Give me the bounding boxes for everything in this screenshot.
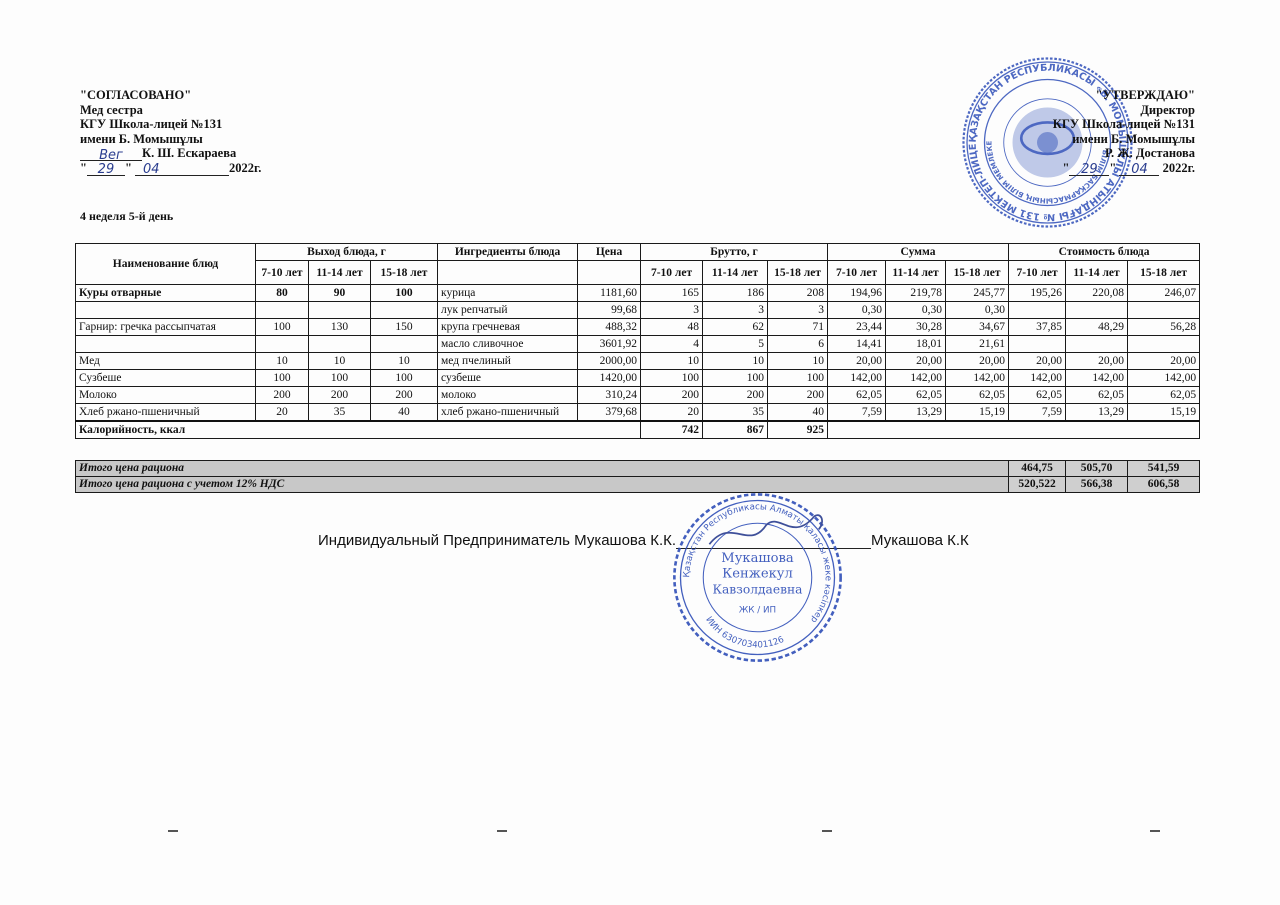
cost-cell: [1128, 336, 1200, 353]
dish-name: Хлеб ржано-пшеничный: [76, 404, 256, 422]
dish-name: [76, 302, 256, 319]
price-cell: 3601,92: [578, 336, 641, 353]
ingredient-name: мед пчелиный: [438, 353, 578, 370]
approval-right-org: КГУ Школа-лицей №131: [1000, 117, 1195, 132]
sum-cell: 142,00: [828, 370, 886, 387]
approval-right-org-name: имени Б. Момышұлы: [1000, 132, 1195, 147]
cost-cell: 62,05: [1009, 387, 1066, 404]
yield-cell: 100: [309, 370, 371, 387]
sum-cell: 30,28: [886, 319, 946, 336]
price-cell: 310,24: [578, 387, 641, 404]
yield-cell: 10: [371, 353, 438, 370]
totals-row: Итого цена рациона464,75505,70541,59: [76, 461, 1200, 477]
cost-cell: [1009, 336, 1066, 353]
header-age: 7-10 лет: [1009, 261, 1066, 285]
table-row: Мед101010мед пчелиный2000,0010101020,002…: [76, 353, 1200, 370]
entrepreneur-name: Мукашова К.К: [871, 532, 969, 549]
sum-cell: 62,05: [886, 387, 946, 404]
sum-cell: 21,61: [946, 336, 1009, 353]
price-cell: 488,32: [578, 319, 641, 336]
yield-cell: [309, 336, 371, 353]
sum-cell: 194,96: [828, 285, 886, 302]
brutto-cell: 208: [768, 285, 828, 302]
brutto-cell: 100: [641, 370, 703, 387]
cost-cell: 37,85: [1009, 319, 1066, 336]
sum-cell: 219,78: [886, 285, 946, 302]
sum-cell: 7,59: [828, 404, 886, 422]
totals-label: Итого цена рациона с учетом 12% НДС: [76, 477, 1009, 493]
header-dish-name: Наименование блюд: [76, 244, 256, 285]
week-day-label: 4 неделя 5-й день: [80, 209, 173, 224]
totals-value: 505,70: [1066, 461, 1128, 477]
approval-left-signer-line: ВегК. Ш. Ескараева: [80, 146, 261, 161]
table-row: лук репчатый99,683330,300,300,30: [76, 302, 1200, 319]
cost-cell: 62,05: [1128, 387, 1200, 404]
yield-cell: 40: [371, 404, 438, 422]
sum-cell: 62,05: [828, 387, 886, 404]
cost-cell: 195,26: [1009, 285, 1066, 302]
table-row: масло сливочное3601,9245614,4118,0121,61: [76, 336, 1200, 353]
yield-cell: 200: [309, 387, 371, 404]
brutto-cell: 100: [703, 370, 768, 387]
brutto-cell: 5: [703, 336, 768, 353]
cost-cell: 48,29: [1066, 319, 1128, 336]
brutto-cell: 200: [768, 387, 828, 404]
cost-cell: 246,07: [1128, 285, 1200, 302]
cost-cell: 20,00: [1009, 353, 1066, 370]
header-yield: Выход блюда, г: [256, 244, 438, 261]
sum-cell: 13,29: [886, 404, 946, 422]
dish-name: [76, 336, 256, 353]
header-age: 11-14 лет: [886, 261, 946, 285]
dish-name: Гарнир: гречка рассыпчатая: [76, 319, 256, 336]
header-price: Цена: [578, 244, 641, 261]
yield-cell: 90: [309, 285, 371, 302]
cost-cell: 20,00: [1066, 353, 1128, 370]
header-age: 7-10 лет: [256, 261, 309, 285]
ingredient-name: масло сливочное: [438, 336, 578, 353]
cost-cell: 220,08: [1066, 285, 1128, 302]
header-cost: Стоимость блюда: [1009, 244, 1200, 261]
price-cell: 1181,60: [578, 285, 641, 302]
entrepreneur-signature-line: Индивидуальный Предприниматель Мукашова …: [318, 532, 969, 549]
brutto-cell: 3: [703, 302, 768, 319]
sum-cell: 62,05: [946, 387, 1009, 404]
price-cell: 379,68: [578, 404, 641, 422]
brutto-cell: 62: [703, 319, 768, 336]
header-age: 15-18 лет: [768, 261, 828, 285]
header-ingredients-blank: [438, 261, 578, 285]
ingredient-name: крупа гречневая: [438, 319, 578, 336]
totals-value: 566,38: [1066, 477, 1128, 493]
brutto-cell: 100: [768, 370, 828, 387]
yield-cell: 100: [371, 370, 438, 387]
brutto-cell: 10: [768, 353, 828, 370]
header-age: 15-18 лет: [1128, 261, 1200, 285]
brutto-cell: 200: [641, 387, 703, 404]
approval-left-date: "29" 042022г.: [80, 161, 261, 176]
approval-left: "СОГЛАСОВАНО" Мед сестра КГУ Школа-лицей…: [80, 88, 261, 176]
calories-value: 867: [703, 421, 768, 439]
sum-cell: 20,00: [946, 353, 1009, 370]
approval-left-org-name: имени Б. Момышұлы: [80, 132, 261, 147]
brutto-cell: 48: [641, 319, 703, 336]
cost-cell: [1066, 302, 1128, 319]
yield-cell: [371, 302, 438, 319]
table-row: Хлеб ржано-пшеничный203540хлеб ржано-пше…: [76, 404, 1200, 422]
svg-text:ИИН 630703401126: ИИН 630703401126: [703, 615, 786, 651]
cost-cell: [1066, 336, 1128, 353]
calories-row: Калорийность, ккал742867925: [76, 421, 1200, 439]
header-brutto: Брутто, г: [641, 244, 828, 261]
sum-cell: 15,19: [946, 404, 1009, 422]
approval-left-title: "СОГЛАСОВАНО": [80, 88, 261, 103]
totals-value: 464,75: [1009, 461, 1066, 477]
svg-text:Мукашова: Мукашова: [721, 551, 794, 566]
date-day: 29: [87, 163, 125, 176]
ingredient-name: сузбеше: [438, 370, 578, 387]
dish-name: Сузбеше: [76, 370, 256, 387]
cost-cell: 15,19: [1128, 404, 1200, 422]
date-year: 2022г.: [229, 161, 261, 175]
brutto-cell: 165: [641, 285, 703, 302]
brutto-cell: 10: [641, 353, 703, 370]
entrepreneur-seal-stamp-icon: Қазақстан Республикасы Алматы қаласы жек…: [670, 490, 845, 665]
yield-cell: 100: [256, 319, 309, 336]
yield-cell: 35: [309, 404, 371, 422]
price-cell: 2000,00: [578, 353, 641, 370]
brutto-cell: 3: [641, 302, 703, 319]
sum-cell: 34,67: [946, 319, 1009, 336]
header-age: 11-14 лет: [1066, 261, 1128, 285]
brutto-cell: 3: [768, 302, 828, 319]
brutto-cell: 71: [768, 319, 828, 336]
yield-cell: 100: [371, 285, 438, 302]
approval-left-role: Мед сестра: [80, 103, 261, 118]
sum-cell: 0,30: [946, 302, 1009, 319]
cost-cell: 142,00: [1066, 370, 1128, 387]
entrepreneur-title: Индивидуальный Предприниматель Мукашова …: [318, 532, 676, 549]
calories-label: Калорийность, ккал: [76, 421, 641, 439]
yield-cell: [371, 336, 438, 353]
sum-cell: 245,77: [946, 285, 1009, 302]
cost-cell: 56,28: [1128, 319, 1200, 336]
header-age: 7-10 лет: [641, 261, 703, 285]
header-age: 11-14 лет: [309, 261, 371, 285]
brutto-cell: 20: [641, 404, 703, 422]
date-month: 04: [1119, 163, 1159, 176]
approval-right: "УТВЕРЖДАЮ" Директор КГУ Школа-лицей №13…: [1000, 88, 1195, 176]
sum-cell: 142,00: [886, 370, 946, 387]
cost-cell: [1128, 302, 1200, 319]
scan-mark: [497, 830, 507, 832]
approval-right-role: Директор: [1000, 103, 1195, 118]
svg-text:Кенжекул: Кенжекул: [722, 567, 793, 582]
dish-name: Мед: [76, 353, 256, 370]
svg-text:Кавзолдаевна: Кавзолдаевна: [713, 582, 803, 596]
date-month: 04: [135, 163, 229, 176]
yield-cell: [309, 302, 371, 319]
brutto-cell: 35: [703, 404, 768, 422]
price-cell: 99,68: [578, 302, 641, 319]
header-age: 15-18 лет: [371, 261, 438, 285]
scan-mark: [1150, 830, 1160, 832]
menu-table: Наименование блюд Выход блюда, г Ингреди…: [75, 243, 1200, 439]
cost-cell: 13,29: [1066, 404, 1128, 422]
ingredient-name: молоко: [438, 387, 578, 404]
brutto-cell: 10: [703, 353, 768, 370]
header-sum: Сумма: [828, 244, 1009, 261]
cost-cell: 20,00: [1128, 353, 1200, 370]
totals-label: Итого цена рациона: [76, 461, 1009, 477]
date-day: 29: [1069, 163, 1109, 176]
approval-right-date: "29" 04 2022г.: [1000, 161, 1195, 176]
calories-blank: [828, 421, 1200, 439]
dish-name: Молоко: [76, 387, 256, 404]
totals-value: 520,522: [1009, 477, 1066, 493]
sum-cell: 14,41: [828, 336, 886, 353]
brutto-cell: 4: [641, 336, 703, 353]
table-row: Куры отварные8090100курица1181,601651862…: [76, 285, 1200, 302]
totals-value: 606,58: [1128, 477, 1200, 493]
ingredient-name: лук репчатый: [438, 302, 578, 319]
approval-left-org: КГУ Школа-лицей №131: [80, 117, 261, 132]
sum-cell: 23,44: [828, 319, 886, 336]
scan-mark: [822, 830, 832, 832]
cost-cell: 142,00: [1009, 370, 1066, 387]
signature-handwritten: Вег: [80, 148, 142, 161]
ingredient-name: курица: [438, 285, 578, 302]
calories-value: 742: [641, 421, 703, 439]
ingredient-name: хлеб ржано-пшеничный: [438, 404, 578, 422]
date-year: 2022г.: [1163, 161, 1195, 175]
table-row: Гарнир: гречка рассыпчатая100130150крупа…: [76, 319, 1200, 336]
cost-cell: 62,05: [1066, 387, 1128, 404]
header-age: 15-18 лет: [946, 261, 1009, 285]
cost-cell: [1009, 302, 1066, 319]
calories-value: 925: [768, 421, 828, 439]
brutto-cell: 186: [703, 285, 768, 302]
yield-cell: 20: [256, 404, 309, 422]
scan-mark: [168, 830, 178, 832]
yield-cell: [256, 302, 309, 319]
sum-cell: 18,01: [886, 336, 946, 353]
yield-cell: 10: [256, 353, 309, 370]
brutto-cell: 6: [768, 336, 828, 353]
cost-cell: 142,00: [1128, 370, 1200, 387]
header-ingredients: Ингредиенты блюда: [438, 244, 578, 261]
approval-right-signer: Р. Ж. Достанова: [1000, 146, 1195, 161]
table-row: Сузбеше100100100сузбеше1420,001001001001…: [76, 370, 1200, 387]
price-cell: 1420,00: [578, 370, 641, 387]
sum-cell: 0,30: [886, 302, 946, 319]
brutto-cell: 40: [768, 404, 828, 422]
totals-value: 541,59: [1128, 461, 1200, 477]
totals-row: Итого цена рациона с учетом 12% НДС520,5…: [76, 477, 1200, 493]
yield-cell: 100: [256, 370, 309, 387]
sum-cell: 142,00: [946, 370, 1009, 387]
yield-cell: 200: [371, 387, 438, 404]
brutto-cell: 200: [703, 387, 768, 404]
approval-left-signer: К. Ш. Ескараева: [142, 146, 236, 160]
totals-table: Итого цена рациона464,75505,70541,59Итог…: [75, 460, 1200, 493]
dish-name: Куры отварные: [76, 285, 256, 302]
cost-cell: 7,59: [1009, 404, 1066, 422]
approval-right-title: "УТВЕРЖДАЮ": [1000, 88, 1195, 103]
yield-cell: 10: [309, 353, 371, 370]
header-price-blank: [578, 261, 641, 285]
yield-cell: 80: [256, 285, 309, 302]
header-age: 7-10 лет: [828, 261, 886, 285]
yield-cell: 130: [309, 319, 371, 336]
svg-text:ЖК / ИП: ЖК / ИП: [739, 606, 776, 616]
yield-cell: [256, 336, 309, 353]
sum-cell: 20,00: [886, 353, 946, 370]
sum-cell: 0,30: [828, 302, 886, 319]
yield-cell: 150: [371, 319, 438, 336]
sum-cell: 20,00: [828, 353, 886, 370]
table-row: Молоко200200200молоко310,2420020020062,0…: [76, 387, 1200, 404]
yield-cell: 200: [256, 387, 309, 404]
header-age: 11-14 лет: [703, 261, 768, 285]
